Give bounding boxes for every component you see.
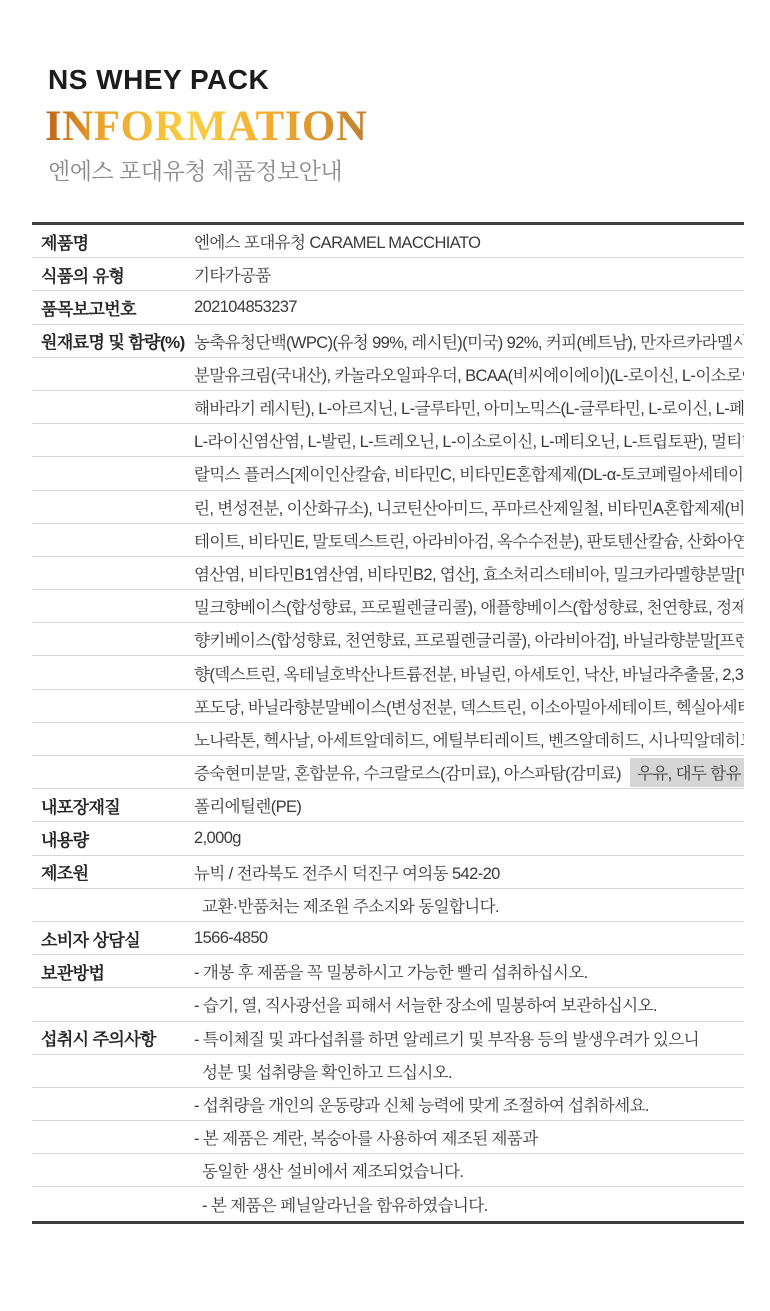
row-text: - 특이체질 및 과다섭취를 하면 알레르기 및 부작용 등의 발생우려가 있으… (194, 1031, 699, 1049)
row-text: - 개봉 후 제품을 꼭 밀봉하시고 가능한 빨리 섭취하십시오. (194, 964, 588, 982)
row-text: 염산염, 비타민B1염산염, 비타민B2, 엽산], 효소처리스테비아, 밀크카… (194, 566, 744, 584)
row-value: 엔에스 포대유청 CARAMEL MACCHIATO (194, 229, 744, 253)
row-text: 동일한 생산 설비에서 제조되었습니다. (202, 1163, 463, 1181)
table-row: 향키베이스(합성향료, 천연향료, 프로필렌글리콜), 아라비아검], 바닐라향… (32, 623, 744, 656)
row-value: 증숙현미분말, 혼합분유, 수크랄로스(감미료), 아스파탐(감미료)우유, 대… (194, 758, 744, 787)
row-label: 품목보고번호 (32, 295, 194, 320)
table-row: 해바라기 레시틴), L-아르지닌, L-글루타민, 아미노믹스(L-글루타민,… (32, 391, 744, 424)
row-text: 랄믹스 플러스[제이인산칼슘, 비타민C, 비타민E혼합제제(DL-α-토코페릴… (194, 466, 744, 484)
row-text: 린, 변성전분, 이산화규소), 니코틴산아미드, 푸마르산제일철, 비타민A혼… (194, 500, 744, 518)
row-value: 성분 및 섭취량을 확인하고 드십시오. (194, 1059, 744, 1083)
table-row: 염산염, 비타민B1염산염, 비타민B2, 엽산], 효소처리스테비아, 밀크카… (32, 557, 744, 590)
row-value: 향(덱스트린, 옥테닐호박산나트륨전분, 바닐린, 아세토인, 낙산, 바닐라추… (194, 661, 744, 685)
row-text: 향키베이스(합성향료, 천연향료, 프로필렌글리콜), 아라비아검], 바닐라향… (194, 632, 744, 650)
row-value: 린, 변성전분, 이산화규소), 니코틴산아미드, 푸마르산제일철, 비타민A혼… (194, 495, 744, 519)
row-text: - 섭취량을 개인의 운동량과 신체 능력에 맞게 조절하여 섭취하세요. (194, 1097, 649, 1115)
table-row: 동일한 생산 설비에서 제조되었습니다. (32, 1154, 744, 1187)
row-label: 섭취시 주의사항 (32, 1025, 194, 1050)
product-line-title: NS WHEY PACK (0, 0, 770, 97)
row-text: 1566-4850 (194, 929, 268, 947)
table-row: L-라이신염산염, L-발린, L-트레오닌, L-이소로이신, L-메티오닌,… (32, 424, 744, 457)
row-value: 랄믹스 플러스[제이인산칼슘, 비타민C, 비타민E혼합제제(DL-α-토코페릴… (194, 461, 744, 485)
row-label: 제품명 (32, 229, 194, 254)
row-text: 향(덱스트린, 옥테닐호박산나트륨전분, 바닐린, 아세토인, 낙산, 바닐라추… (194, 666, 744, 684)
row-value: 농축유청단백(WPC)(유청 99%, 레시틴)(미국) 92%, 커피(베트남… (194, 329, 744, 353)
table-row: 내포장재질 폴리에틸렌(PE) (32, 789, 744, 822)
table-row: 테이트, 비타민E, 말토덱스트린, 아라비아검, 옥수수전분), 판토텐산칼슘… (32, 524, 744, 557)
row-text: 해바라기 레시틴), L-아르지닌, L-글루타민, 아미노믹스(L-글루타민,… (194, 400, 744, 418)
table-row: 노나락톤, 헥사날, 아세트알데히드, 에틸부티레이트, 벤즈알데히드, 시나믹… (32, 723, 744, 756)
row-value: - 특이체질 및 과다섭취를 하면 알레르기 및 부작용 등의 발생우려가 있으… (194, 1026, 744, 1050)
row-value: 교환·반품처는 제조원 주소지와 동일합니다. (194, 893, 744, 917)
table-row: 식품의 유형 기타가공품 (32, 258, 744, 291)
product-info-table: 제품명 엔에스 포대유청 CARAMEL MACCHIATO 식품의 유형 기타… (32, 222, 744, 1224)
row-text: 밀크향베이스(합성향료, 프로필렌글리콜), 애플향베이스(합성향료, 천연향료… (194, 599, 744, 617)
row-value: 염산염, 비타민B1염산염, 비타민B2, 엽산], 효소처리스테비아, 밀크카… (194, 561, 744, 585)
row-value: L-라이신염산염, L-발린, L-트레오닌, L-이소로이신, L-메티오닌,… (194, 428, 744, 452)
row-text: 성분 및 섭취량을 확인하고 드십시오. (202, 1064, 452, 1082)
table-row: 제조원 뉴빅 / 전라북도 전주시 덕진구 여의동 542-20 (32, 856, 744, 889)
row-text: 포도당, 바닐라향분말베이스(변성전분, 덱스트린, 이소아밀아세테이트, 헥실… (194, 699, 744, 717)
row-value: - 본 제품은 계란, 복숭아를 사용하여 제조된 제품과 (194, 1125, 744, 1149)
row-text: 뉴빅 / 전라북도 전주시 덕진구 여의동 542-20 (194, 865, 500, 883)
row-value: 밀크향베이스(합성향료, 프로필렌글리콜), 애플향베이스(합성향료, 천연향료… (194, 594, 744, 618)
row-text: L-라이신염산염, L-발린, L-트레오닌, L-이소로이신, L-메티오닌,… (194, 433, 744, 451)
table-row: 린, 변성전분, 이산화규소), 니코틴산아미드, 푸마르산제일철, 비타민A혼… (32, 491, 744, 524)
row-text: 노나락톤, 헥사날, 아세트알데히드, 에틸부티레이트, 벤즈알데히드, 시나믹… (194, 732, 744, 750)
row-value: - 섭취량을 개인의 운동량과 신체 능력에 맞게 조절하여 섭취하세요. (194, 1092, 744, 1116)
row-label: 제조원 (32, 859, 194, 884)
table-row: 랄믹스 플러스[제이인산칼슘, 비타민C, 비타민E혼합제제(DL-α-토코페릴… (32, 457, 744, 490)
row-value: - 본 제품은 페닐알라닌을 함유하였습니다. (194, 1192, 744, 1216)
row-value: - 개봉 후 제품을 꼭 밀봉하시고 가능한 빨리 섭취하십시오. (194, 959, 744, 983)
table-row: 분말유크림(국내산), 카놀라오일파우더, BCAA(비씨에이에이)(L-로이신… (32, 358, 744, 391)
row-label: 소비자 상담실 (32, 926, 194, 951)
row-text: 폴리에틸렌(PE) (194, 798, 301, 816)
page-description: 엔에스 포대유청 제품정보안내 (48, 157, 770, 185)
table-row: 품목보고번호 202104853237 (32, 291, 744, 324)
product-info-page: NS WHEY PACK INFORMATION 엔에스 포대유청 제품정보안내… (0, 0, 770, 1311)
row-text: 테이트, 비타민E, 말토덱스트린, 아라비아검, 옥수수전분), 판토텐산칼슘… (194, 533, 744, 551)
row-text: - 습기, 열, 직사광선을 피해서 서늘한 장소에 밀봉하여 보관하십시오. (194, 997, 657, 1015)
row-text: 엔에스 포대유청 CARAMEL MACCHIATO (194, 234, 480, 252)
table-row: 밀크향베이스(합성향료, 프로필렌글리콜), 애플향베이스(합성향료, 천연향료… (32, 590, 744, 623)
row-value: 테이트, 비타민E, 말토덱스트린, 아라비아검, 옥수수전분), 판토텐산칼슘… (194, 528, 744, 552)
row-value: 1566-4850 (194, 929, 744, 948)
row-value: 202104853237 (194, 298, 744, 317)
table-row: - 섭취량을 개인의 운동량과 신체 능력에 맞게 조절하여 섭취하세요. (32, 1088, 744, 1121)
allergen-highlight: 우유, 대두 함유 (630, 758, 744, 787)
row-label: 보관방법 (32, 959, 194, 984)
row-value: 분말유크림(국내산), 카놀라오일파우더, BCAA(비씨에이에이)(L-로이신… (194, 362, 744, 386)
table-row: 교환·반품처는 제조원 주소지와 동일합니다. (32, 889, 744, 922)
row-text: 2,000g (194, 829, 241, 847)
row-label: 원재료명 및 함량(%) (32, 328, 194, 353)
row-value: 포도당, 바닐라향분말베이스(변성전분, 덱스트린, 이소아밀아세테이트, 헥실… (194, 694, 744, 718)
table-row: 소비자 상담실 1566-4850 (32, 922, 744, 955)
row-label: 내포장재질 (32, 793, 194, 818)
row-value: 뉴빅 / 전라북도 전주시 덕진구 여의동 542-20 (194, 860, 744, 884)
row-value: 기타가공품 (194, 262, 744, 286)
table-row: 향(덱스트린, 옥테닐호박산나트륨전분, 바닐린, 아세토인, 낙산, 바닐라추… (32, 656, 744, 689)
row-text: - 본 제품은 계란, 복숭아를 사용하여 제조된 제품과 (194, 1130, 538, 1148)
row-label: 내용량 (32, 826, 194, 851)
table-row: - 습기, 열, 직사광선을 피해서 서늘한 장소에 밀봉하여 보관하십시오. (32, 988, 744, 1021)
row-text: 교환·반품처는 제조원 주소지와 동일합니다. (202, 898, 499, 916)
row-value: 향키베이스(합성향료, 천연향료, 프로필렌글리콜), 아라비아검], 바닐라향… (194, 627, 744, 651)
table-row: - 본 제품은 계란, 복숭아를 사용하여 제조된 제품과 (32, 1121, 744, 1154)
row-value: 노나락톤, 헥사날, 아세트알데히드, 에틸부티레이트, 벤즈알데히드, 시나믹… (194, 727, 744, 751)
row-value: 폴리에틸렌(PE) (194, 793, 744, 817)
table-row: 원재료명 및 함량(%) 농축유청단백(WPC)(유청 99%, 레시틴)(미국… (32, 325, 744, 358)
table-row: 섭취시 주의사항 - 특이체질 및 과다섭취를 하면 알레르기 및 부작용 등의… (32, 1022, 744, 1055)
table-row: - 본 제품은 페닐알라닌을 함유하였습니다. (32, 1187, 744, 1220)
row-label: 식품의 유형 (32, 262, 194, 287)
row-text: 분말유크림(국내산), 카놀라오일파우더, BCAA(비씨에이에이)(L-로이신… (194, 367, 744, 385)
row-value: 해바라기 레시틴), L-아르지닌, L-글루타민, 아미노믹스(L-글루타민,… (194, 395, 744, 419)
row-text: - 본 제품은 페닐알라닌을 함유하였습니다. (202, 1197, 488, 1215)
row-text: 202104853237 (194, 298, 297, 316)
table-row: 성분 및 섭취량을 확인하고 드십시오. (32, 1055, 744, 1088)
table-row: 내용량 2,000g (32, 822, 744, 855)
row-text: 농축유청단백(WPC)(유청 99%, 레시틴)(미국) 92%, 커피(베트남… (194, 334, 744, 352)
row-value: 2,000g (194, 829, 744, 848)
table-row: 제품명 엔에스 포대유청 CARAMEL MACCHIATO (32, 225, 744, 258)
row-text: 기타가공품 (194, 267, 271, 285)
table-row: 보관방법 - 개봉 후 제품을 꼭 밀봉하시고 가능한 빨리 섭취하십시오. (32, 955, 744, 988)
row-value: 동일한 생산 설비에서 제조되었습니다. (194, 1158, 744, 1182)
table-row: 포도당, 바닐라향분말베이스(변성전분, 덱스트린, 이소아밀아세테이트, 헥실… (32, 690, 744, 723)
table-row: 증숙현미분말, 혼합분유, 수크랄로스(감미료), 아스파탐(감미료)우유, 대… (32, 756, 744, 789)
page-title: INFORMATION (45, 104, 367, 149)
row-value: - 습기, 열, 직사광선을 피해서 서늘한 장소에 밀봉하여 보관하십시오. (194, 992, 744, 1016)
row-text: 증숙현미분말, 혼합분유, 수크랄로스(감미료), 아스파탐(감미료) (194, 765, 621, 783)
